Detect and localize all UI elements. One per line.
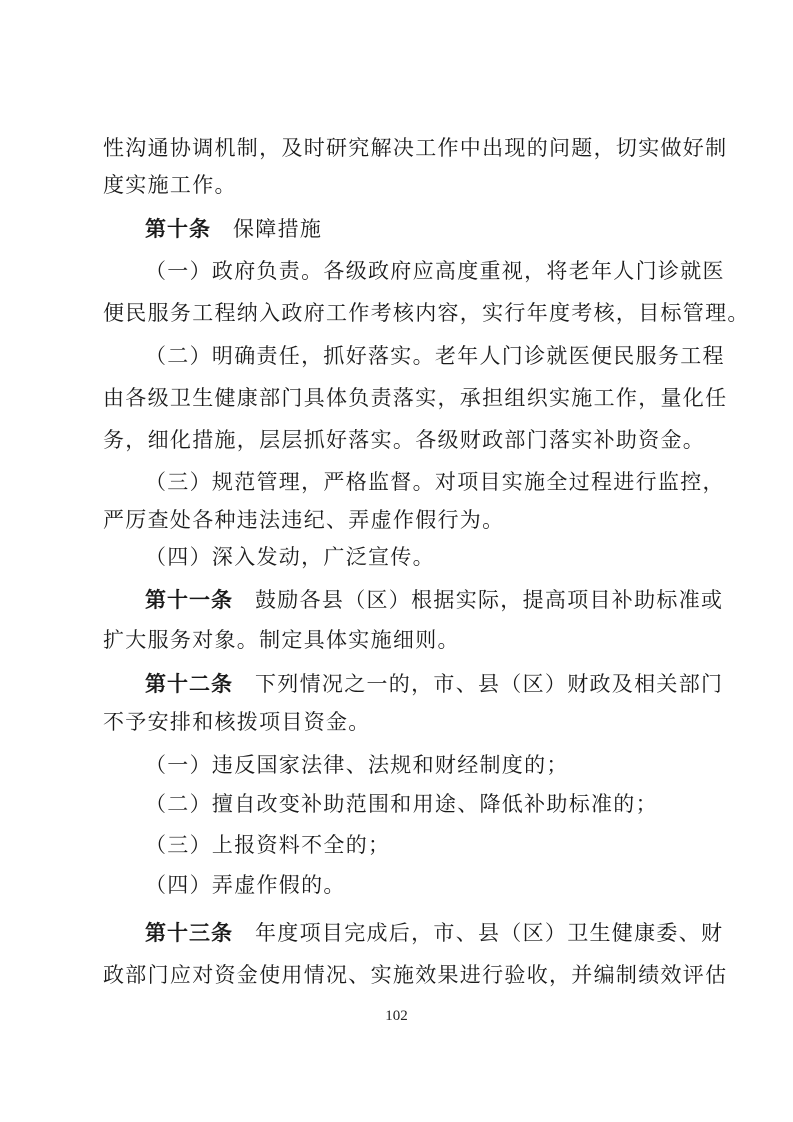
paragraph-line: 不予安排和核拨项目资金。 [103,708,693,736]
paragraph-line: （四）深入发动，广泛宣传。 [145,543,693,571]
list-item: （三）上报资料不全的； [145,831,693,859]
article-title: 保障措施 [233,217,322,241]
article-number: 第十一条 [145,588,233,612]
article-heading-line: 第十二条下列情况之一的，市、县（区）财政及相关部门 [145,670,693,698]
paragraph-line: （二）明确责任，抓好落实。老年人门诊就医便民服务工程 [145,342,693,370]
list-item: （四）弄虚作假的。 [145,871,693,899]
paragraph-line: 务，细化措施，层层抓好落实。各级财政部门落实补助资金。 [103,426,693,454]
article-number: 第十三条 [145,921,233,945]
page-number: 102 [0,1008,793,1025]
article-number: 第十条 [145,217,211,241]
document-page: 性沟通协调机制，及时研究解决工作中出现的问题，切实做好制 度实施工作。 第十条保… [0,0,793,1122]
article-number: 第十二条 [145,672,233,696]
article-heading-line: 第十三条年度项目完成后，市、县（区）卫生健康委、财 [145,919,693,947]
article-body: 年度项目完成后，市、县（区）卫生健康委、财 [255,921,723,945]
article-body: 下列情况之一的，市、县（区）财政及相关部门 [255,672,723,696]
list-item: （一）违反国家法律、法规和财经制度的； [145,751,693,779]
paragraph-line: 政部门应对资金使用情况、实施效果进行验收，并编制绩效评估 [103,961,693,989]
paragraph-line: （三）规范管理，严格监督。对项目实施全过程进行监控， [145,468,693,496]
paragraph-line: 性沟通协调机制，及时研究解决工作中出现的问题，切实做好制 [103,134,693,162]
article-heading-line: 第十一条鼓励各县（区）根据实际，提高项目补助标准或 [145,586,693,614]
list-item: （二）擅自改变补助范围和用途、降低补助标准的； [145,790,693,818]
article-body: 鼓励各县（区）根据实际，提高项目补助标准或 [255,588,723,612]
paragraph-line: 便民服务工程纳入政府工作考核内容，实行年度考核，目标管理。 [103,299,693,327]
paragraph-line: 严厉查处各种违法违纪、弄虚作假行为。 [103,506,693,534]
paragraph-line: 度实施工作。 [103,171,693,199]
paragraph-line: 由各级卫生健康部门具体负责落实，承担组织实施工作，量化任 [103,384,693,412]
article-heading-line: 第十条保障措施 [145,215,693,243]
paragraph-line: 扩大服务对象。制定具体实施细则。 [103,626,693,654]
paragraph-line: （一）政府负责。各级政府应高度重视，将老年人门诊就医 [145,257,693,285]
